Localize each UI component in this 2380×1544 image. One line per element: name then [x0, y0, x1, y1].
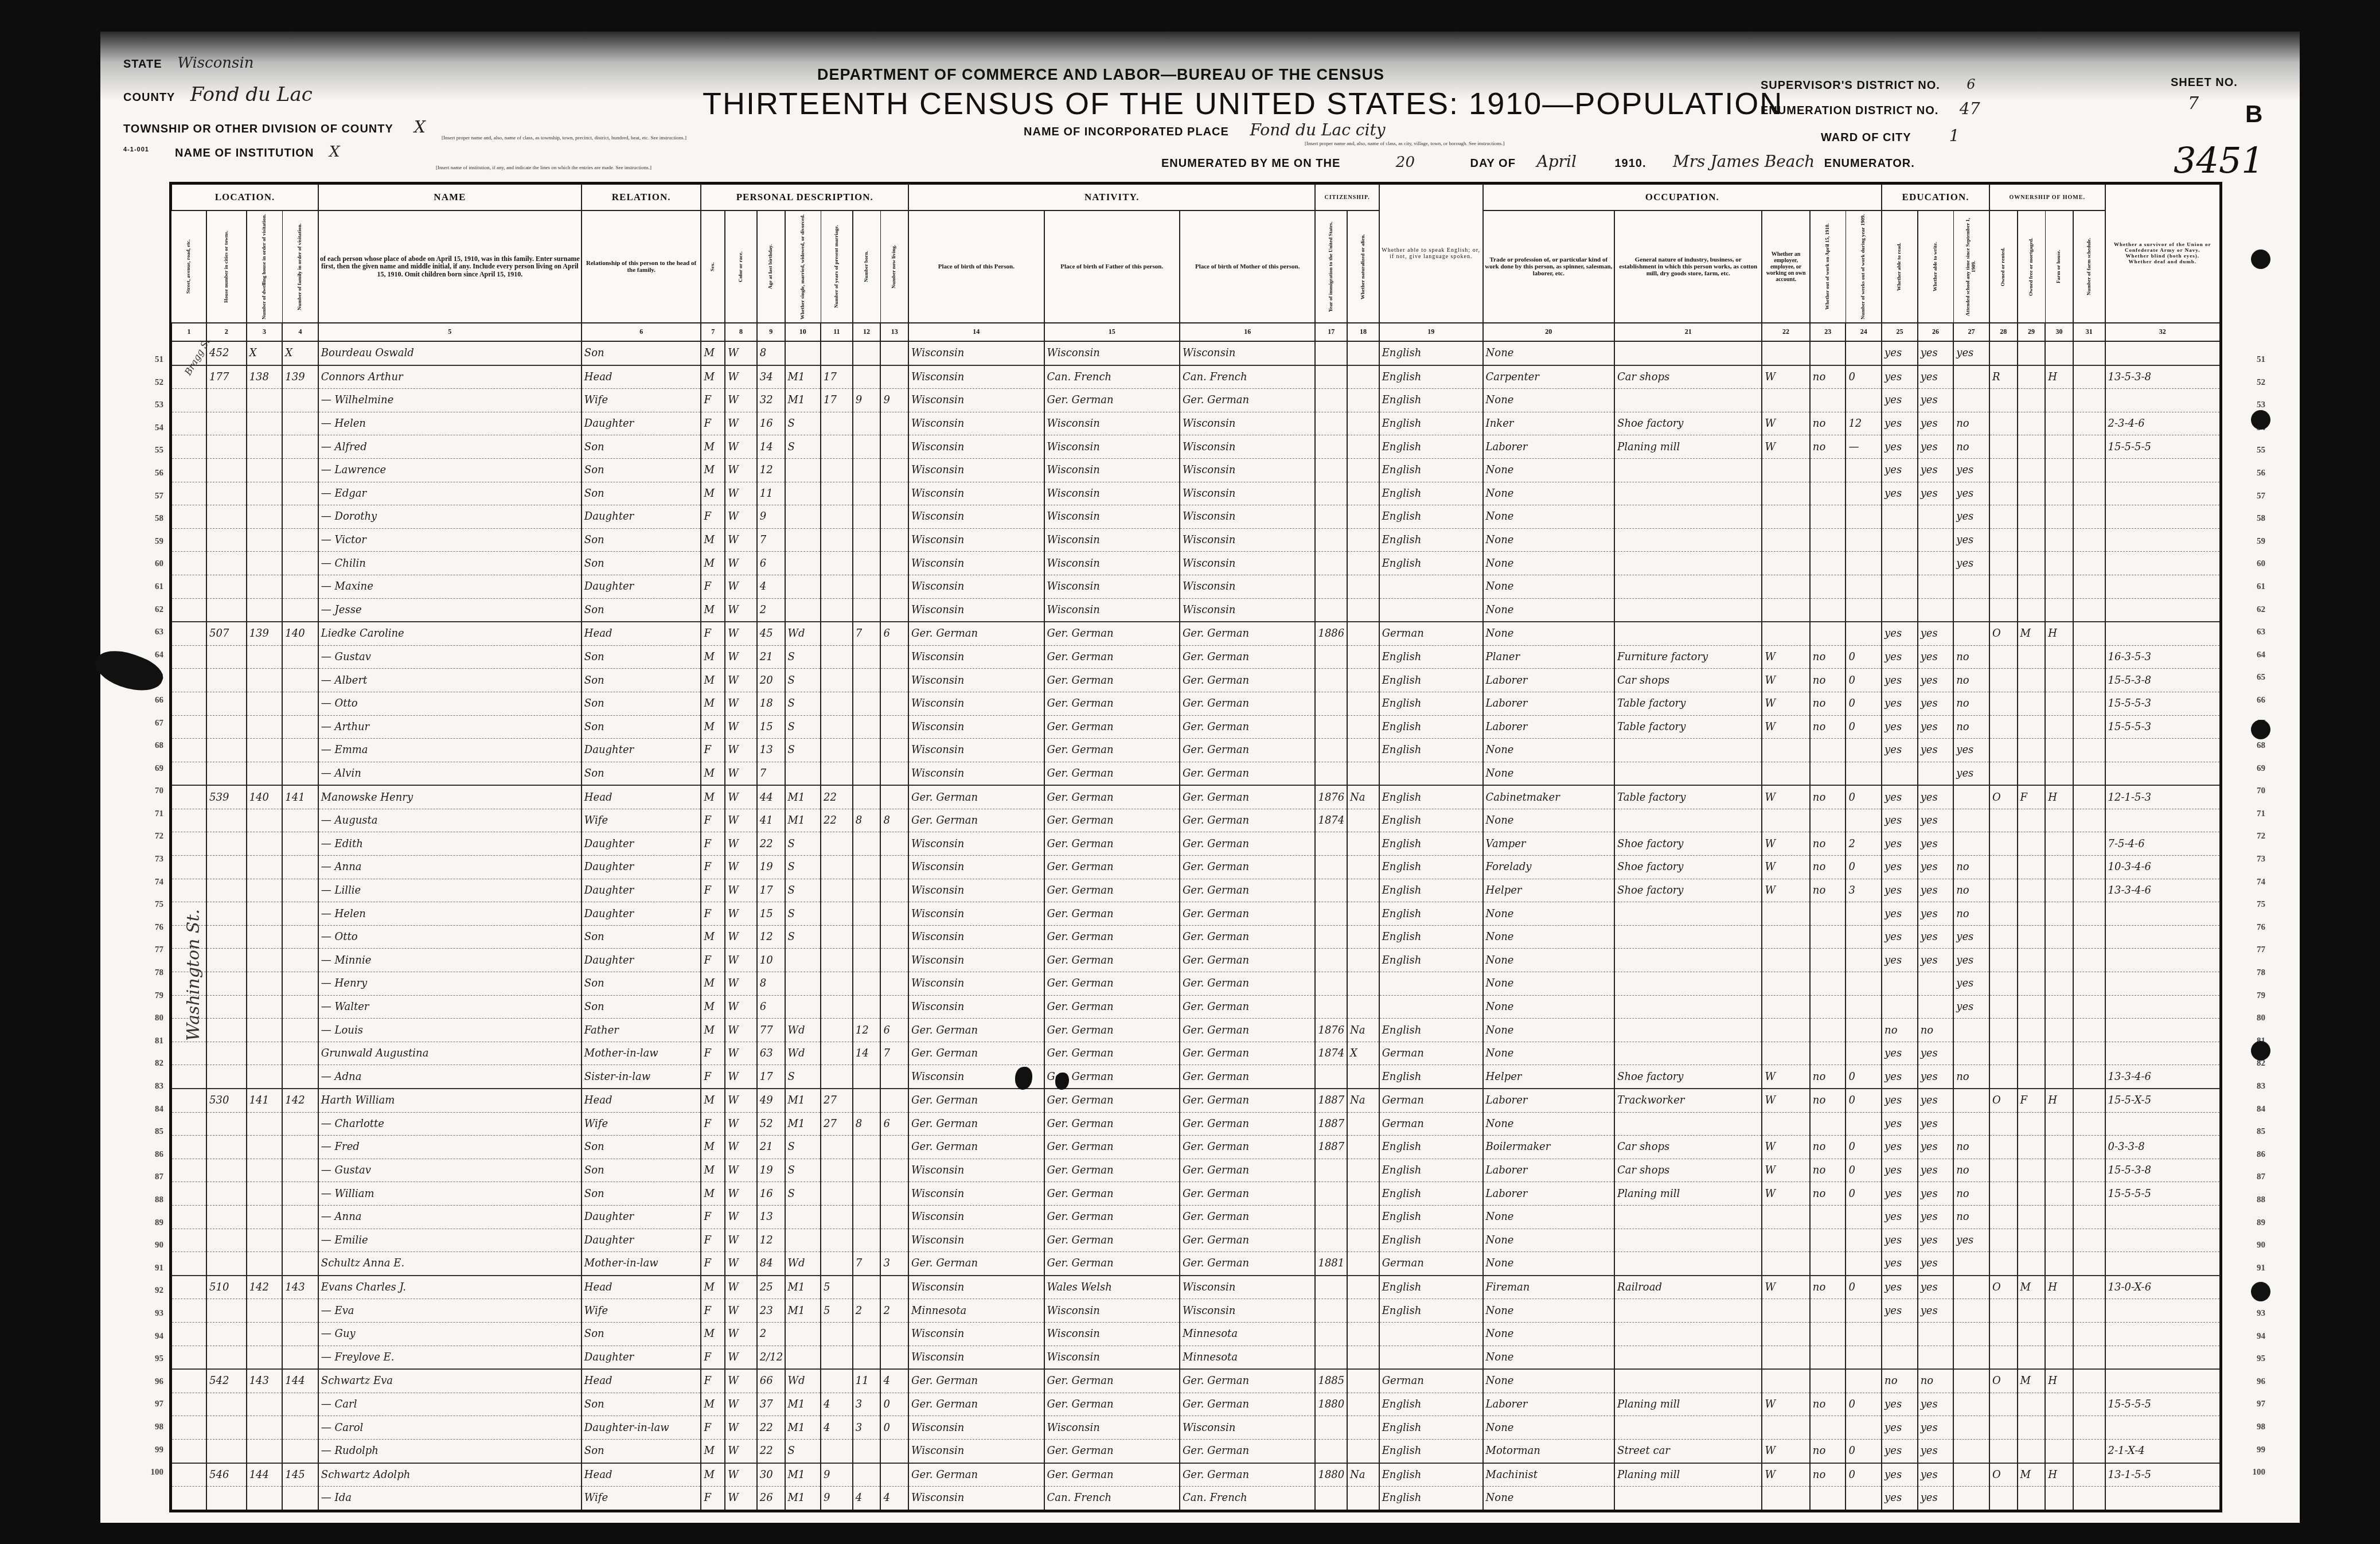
immigration-year-cell: 1887: [1315, 1112, 1347, 1136]
write-cell: yes: [1918, 1463, 1954, 1487]
owned-rented-cell: [1989, 715, 2018, 739]
owned-rented-cell: [1989, 832, 2018, 856]
street-cell: [171, 1416, 207, 1440]
farm-house-cell: [2045, 1346, 2073, 1369]
table-row: — EdgarSonMW11WisconsinWisconsinWisconsi…: [171, 482, 2221, 505]
farm-schedule-cell: [2073, 785, 2105, 809]
age-cell: 17: [757, 1065, 785, 1089]
school-cell: no: [1953, 645, 1989, 669]
immigration-year-cell: 1880: [1315, 1463, 1347, 1487]
relation-cell: Son: [582, 925, 701, 949]
years-married-cell: [821, 1065, 853, 1089]
weeks-out-cell: [1846, 482, 1882, 505]
farm-house-cell: [2045, 598, 2073, 622]
children-living-cell: 9: [880, 389, 908, 412]
relation-cell: Wife: [582, 389, 701, 412]
race-cell: W: [725, 1346, 757, 1369]
naturalized-cell: [1347, 809, 1379, 832]
owned-rented-cell: [1989, 972, 2018, 996]
farm-schedule-cell: [2073, 972, 2105, 996]
name-cell: — Arthur: [318, 715, 582, 739]
farm-schedule-cell: [2073, 1229, 2105, 1252]
children-born-cell: [853, 505, 881, 529]
owned-rented-cell: [1989, 809, 2018, 832]
out-of-work-cell: no: [1810, 365, 1846, 389]
naturalized-cell: [1347, 995, 1379, 1019]
free-mortgaged-cell: [2018, 552, 2046, 575]
codes-cell: 0-3-3-8: [2105, 1136, 2221, 1159]
age-cell: 11: [757, 482, 785, 505]
codes-cell: [2105, 528, 2221, 552]
age-cell: 30: [757, 1463, 785, 1487]
industry-cell: [1614, 1112, 1762, 1136]
immigration-year-cell: [1315, 482, 1347, 505]
age-cell: 21: [757, 1136, 785, 1159]
codes-cell: [2105, 1019, 2221, 1042]
children-living-cell: 4: [880, 1487, 908, 1511]
street-cell: [171, 458, 207, 482]
census-sheet: STATE Wisconsin COUNTY Fond du Lac TOWNS…: [100, 32, 2300, 1523]
family-number-cell: 140: [282, 622, 318, 645]
birthplace-cell: Wisconsin: [908, 925, 1044, 949]
name-cell: — Dorothy: [318, 505, 582, 529]
language-cell: [1379, 972, 1483, 996]
children-born-cell: [853, 1346, 881, 1369]
mother-birthplace-cell: Ger. German: [1180, 832, 1315, 856]
industry-cell: [1614, 739, 1762, 762]
employer-status-cell: [1762, 552, 1809, 575]
trade-cell: None: [1483, 762, 1615, 785]
immigration-year-cell: [1315, 505, 1347, 529]
table-row: — LawrenceSonMW12WisconsinWisconsinWisco…: [171, 458, 2221, 482]
punch-hole-icon: [2251, 249, 2270, 269]
age-cell: 41: [757, 809, 785, 832]
column-number: 17: [1315, 323, 1347, 341]
industry-cell: Planing mill: [1614, 435, 1762, 459]
trade-cell: Vamper: [1483, 832, 1615, 856]
birthplace-cell: Ger. German: [908, 785, 1044, 809]
language-cell: [1379, 1346, 1483, 1369]
line-number-left: 98: [129, 1416, 163, 1439]
codes-cell: 15-5-5-3: [2105, 715, 2221, 739]
read-cell: yes: [1882, 902, 1918, 926]
birthplace-cell: Wisconsin: [908, 645, 1044, 669]
column-number: 16: [1180, 323, 1315, 341]
mother-birthplace-cell: Minnesota: [1180, 1322, 1315, 1346]
industry-cell: [1614, 1019, 1762, 1042]
name-cell: Schultz Anna E.: [318, 1252, 582, 1276]
table-row: — EvaWifeFW23M1522MinnesotaWisconsinWisc…: [171, 1299, 2221, 1323]
read-cell: [1882, 972, 1918, 996]
farm-schedule-cell: [2073, 528, 2105, 552]
out-of-work-cell: no: [1810, 785, 1846, 809]
street-cell: [171, 1299, 207, 1323]
mother-birthplace-cell: Ger. German: [1180, 785, 1315, 809]
farm-house-cell: H: [2045, 622, 2073, 645]
years-married-cell: [821, 1042, 853, 1065]
mother-birthplace-cell: Ger. German: [1180, 856, 1315, 879]
children-born-cell: [853, 1229, 881, 1252]
table-row: — JesseSonMW2WisconsinWisconsinWisconsin…: [171, 598, 2221, 622]
children-born-cell: [853, 482, 881, 505]
read-cell: yes: [1882, 389, 1918, 412]
line-number-left: 60: [129, 553, 163, 576]
father-birthplace-cell: Wisconsin: [1044, 598, 1180, 622]
employer-status-cell: [1762, 1229, 1809, 1252]
birthplace-cell: Wisconsin: [908, 1182, 1044, 1206]
children-living-cell: 0: [880, 1393, 908, 1416]
years-married-cell: [821, 762, 853, 785]
father-birthplace-cell: Ger. German: [1044, 1205, 1180, 1229]
read-cell: yes: [1882, 645, 1918, 669]
race-cell: W: [725, 412, 757, 435]
line-number-left: 99: [129, 1439, 163, 1462]
read-cell: yes: [1882, 1159, 1918, 1182]
header-weeks-out: Number of weeks out of work during year …: [1846, 210, 1882, 323]
employer-status-cell: [1762, 622, 1809, 645]
farm-house-cell: [2045, 1182, 2073, 1206]
table-row: — LillieDaughterFW17SWisconsinGer. Germa…: [171, 879, 2221, 902]
dwelling-number-cell: [247, 482, 283, 505]
codes-cell: [2105, 995, 2221, 1019]
immigration-year-cell: 1874: [1315, 1042, 1347, 1065]
mother-birthplace-cell: Ger. German: [1180, 995, 1315, 1019]
codes-cell: [2105, 1229, 2221, 1252]
children-living-cell: 6: [880, 1112, 908, 1136]
school-cell: [1953, 1019, 1989, 1042]
dwelling-number-cell: [247, 389, 283, 412]
weeks-out-cell: 0: [1846, 1182, 1882, 1206]
marital-status-cell: M1: [785, 389, 821, 412]
birthplace-cell: Minnesota: [908, 1299, 1044, 1323]
farm-house-cell: [2045, 1252, 2073, 1276]
dwelling-number-cell: [247, 1346, 283, 1369]
line-number-left: 53: [129, 394, 163, 417]
naturalized-cell: [1347, 552, 1379, 575]
marital-status-cell: [785, 949, 821, 972]
street-cell: [171, 1019, 207, 1042]
immigration-year-cell: 1885: [1315, 1369, 1347, 1393]
race-cell: W: [725, 1322, 757, 1346]
name-cell: Liedke Caroline: [318, 622, 582, 645]
immigration-year-cell: [1315, 1159, 1347, 1182]
industry-cell: Trackworker: [1614, 1089, 1762, 1112]
farm-schedule-cell: [2073, 412, 2105, 435]
table-row: — ArthurSonMW15SWisconsinGer. GermanGer.…: [171, 715, 2221, 739]
house-number-cell: [206, 598, 247, 622]
farm-house-cell: H: [2045, 785, 2073, 809]
school-cell: yes: [1953, 762, 1989, 785]
dwelling-number-cell: [247, 1487, 283, 1511]
trade-cell: None: [1483, 995, 1615, 1019]
family-number-cell: [282, 1346, 318, 1369]
school-cell: yes: [1953, 528, 1989, 552]
children-born-cell: [853, 879, 881, 902]
codes-cell: 10-3-4-6: [2105, 856, 2221, 879]
trade-cell: Laborer: [1483, 1182, 1615, 1206]
farm-house-cell: [2045, 1322, 2073, 1346]
house-number-cell: [206, 482, 247, 505]
owned-rented-cell: [1989, 1136, 2018, 1159]
sex-cell: M: [701, 762, 725, 785]
free-mortgaged-cell: [2018, 762, 2046, 785]
line-number-right: 51: [2231, 349, 2265, 372]
immigration-year-cell: [1315, 1487, 1347, 1511]
farm-schedule-cell: [2073, 879, 2105, 902]
out-of-work-cell: [1810, 528, 1846, 552]
sex-cell: M: [701, 1276, 725, 1299]
street-cell: [171, 575, 207, 598]
name-cell: — Alfred: [318, 435, 582, 459]
industry-cell: [1614, 1229, 1762, 1252]
name-cell: — Otto: [318, 692, 582, 715]
read-cell: yes: [1882, 458, 1918, 482]
children-living-cell: [880, 1463, 908, 1487]
name-cell: — Jesse: [318, 598, 582, 622]
sex-cell: M: [701, 1463, 725, 1487]
language-cell: English: [1379, 1439, 1483, 1463]
mother-birthplace-cell: Ger. German: [1180, 1369, 1315, 1393]
column-number: 3: [247, 323, 283, 341]
family-number-cell: [282, 1205, 318, 1229]
language-cell: English: [1379, 1299, 1483, 1323]
relation-cell: Daughter: [582, 739, 701, 762]
children-born-cell: 12: [853, 1019, 881, 1042]
table-row: — ChilinSonMW6WisconsinWisconsinWisconsi…: [171, 552, 2221, 575]
race-cell: W: [725, 1463, 757, 1487]
trade-cell: None: [1483, 1416, 1615, 1440]
immigration-year-cell: [1315, 575, 1347, 598]
marital-status-cell: M1: [785, 1276, 821, 1299]
out-of-work-cell: [1810, 1112, 1846, 1136]
children-living-cell: [880, 1346, 908, 1369]
trade-cell: None: [1483, 482, 1615, 505]
employer-status-cell: [1762, 739, 1809, 762]
line-number-right: 65: [2231, 666, 2265, 689]
street-cell: [171, 972, 207, 996]
children-born-cell: [853, 715, 881, 739]
sex-cell: F: [701, 1487, 725, 1511]
name-cell: — Ida: [318, 1487, 582, 1511]
house-number-cell: [206, 832, 247, 856]
employer-status-cell: [1762, 809, 1809, 832]
out-of-work-cell: [1810, 622, 1846, 645]
owned-rented-cell: [1989, 1487, 2018, 1511]
weeks-out-cell: 0: [1846, 1439, 1882, 1463]
sex-cell: F: [701, 412, 725, 435]
years-married-cell: [821, 458, 853, 482]
naturalized-cell: [1347, 1229, 1379, 1252]
weeks-out-cell: 0: [1846, 785, 1882, 809]
immigration-year-cell: [1315, 552, 1347, 575]
header-survivor: Whether a survivor of the Union or Confe…: [2114, 241, 2211, 253]
write-cell: [1918, 1346, 1954, 1369]
language-cell: German: [1379, 1369, 1483, 1393]
race-cell: W: [725, 1439, 757, 1463]
line-number-left: 85: [129, 1121, 163, 1144]
industry-cell: [1614, 598, 1762, 622]
header-immigration-year: Year of immigration to the United States…: [1315, 210, 1347, 323]
school-cell: [1953, 389, 1989, 412]
out-of-work-cell: [1810, 1369, 1846, 1393]
trade-cell: Inker: [1483, 412, 1615, 435]
weeks-out-cell: [1846, 1487, 1882, 1511]
age-cell: 22: [757, 1416, 785, 1440]
father-birthplace-cell: Ger. German: [1044, 879, 1180, 902]
table-row: 177138139Connors ArthurHeadMW34M117Wisco…: [171, 365, 2221, 389]
age-cell: 2: [757, 598, 785, 622]
sex-cell: F: [701, 389, 725, 412]
dwelling-number-cell: [247, 412, 283, 435]
school-cell: no: [1953, 856, 1989, 879]
sex-cell: M: [701, 552, 725, 575]
trade-cell: None: [1483, 1322, 1615, 1346]
relation-cell: Daughter: [582, 879, 701, 902]
mother-birthplace-cell: Ger. German: [1180, 1065, 1315, 1089]
codes-cell: [2105, 1112, 2221, 1136]
header-industry: General nature of industry, business, or…: [1614, 210, 1762, 323]
race-cell: W: [725, 365, 757, 389]
language-cell: English: [1379, 645, 1483, 669]
years-married-cell: [821, 482, 853, 505]
line-number-left: 58: [129, 508, 163, 531]
employer-status-cell: [1762, 1205, 1809, 1229]
column-number-row: 1234567891011121314151617181920212223242…: [171, 323, 2221, 341]
weeks-out-cell: 0: [1846, 1136, 1882, 1159]
language-cell: [1379, 762, 1483, 785]
weeks-out-cell: 0: [1846, 692, 1882, 715]
children-born-cell: [853, 1463, 881, 1487]
immigration-year-cell: [1315, 1276, 1347, 1299]
children-living-cell: [880, 341, 908, 365]
line-number-right: 72: [2231, 825, 2265, 848]
relation-cell: Head: [582, 1463, 701, 1487]
write-cell: [1918, 528, 1954, 552]
incorporated-place-label: NAME OF INCORPORATED PLACE: [1024, 126, 1229, 138]
children-born-cell: [853, 1439, 881, 1463]
line-number-right: 95: [2231, 1348, 2265, 1371]
family-number-cell: 143: [282, 1276, 318, 1299]
out-of-work-cell: [1810, 1229, 1846, 1252]
naturalized-cell: [1347, 598, 1379, 622]
free-mortgaged-cell: [2018, 598, 2046, 622]
owned-rented-cell: [1989, 575, 2018, 598]
write-cell: yes: [1918, 879, 1954, 902]
weeks-out-cell: [1846, 528, 1882, 552]
years-married-cell: 27: [821, 1112, 853, 1136]
table-row: 542143144Schwartz EvaHeadFW66Wd114Ger. G…: [171, 1369, 2221, 1393]
free-mortgaged-cell: [2018, 1487, 2046, 1511]
family-number-cell: 145: [282, 1463, 318, 1487]
line-number-left: 91: [129, 1257, 163, 1280]
table-row: — AlvinSonMW7WisconsinGer. GermanGer. Ge…: [171, 762, 2221, 785]
farm-schedule-cell: [2073, 715, 2105, 739]
children-born-cell: [853, 832, 881, 856]
column-number: 6: [582, 323, 701, 341]
school-cell: yes: [1953, 482, 1989, 505]
birthplace-cell: Ger. German: [908, 809, 1044, 832]
township-value: X: [414, 118, 426, 137]
race-cell: W: [725, 1252, 757, 1276]
group-personal: PERSONAL DESCRIPTION.: [701, 184, 908, 211]
relation-cell: Son: [582, 1322, 701, 1346]
family-number-cell: [282, 902, 318, 926]
dwelling-number-cell: [247, 1299, 283, 1323]
name-cell: — Augusta: [318, 809, 582, 832]
street-cell: [171, 365, 207, 389]
codes-cell: [2105, 575, 2221, 598]
years-married-cell: [821, 925, 853, 949]
table-row: 539140141Manowske HenryHeadMW44M122Ger. …: [171, 785, 2221, 809]
table-row: — AdnaSister-in-lawFW17SWisconsinGer. Ge…: [171, 1065, 2221, 1089]
table-row: — HelenDaughterFW16SWisconsinWisconsinWi…: [171, 412, 2221, 435]
age-cell: 19: [757, 856, 785, 879]
years-married-cell: [821, 552, 853, 575]
father-birthplace-cell: Ger. German: [1044, 1393, 1180, 1416]
children-born-cell: [853, 1065, 881, 1089]
house-number-cell: [206, 692, 247, 715]
industry-cell: [1614, 622, 1762, 645]
group-location: LOCATION.: [171, 184, 318, 211]
farm-schedule-cell: [2073, 1252, 2105, 1276]
table-row: 530141142Harth WilliamHeadMW49M127Ger. G…: [171, 1089, 2221, 1112]
race-cell: W: [725, 1182, 757, 1206]
out-of-work-cell: [1810, 1252, 1846, 1276]
sex-cell: M: [701, 645, 725, 669]
naturalized-cell: [1347, 1136, 1379, 1159]
house-number-cell: [206, 1019, 247, 1042]
line-number-right: 73: [2231, 848, 2265, 871]
father-birthplace-cell: Ger. German: [1044, 1136, 1180, 1159]
marital-status-cell: S: [785, 715, 821, 739]
children-born-cell: 9: [853, 389, 881, 412]
family-number-cell: [282, 1065, 318, 1089]
relation-cell: Son: [582, 1182, 701, 1206]
father-birthplace-cell: Wisconsin: [1044, 1299, 1180, 1323]
naturalized-cell: [1347, 949, 1379, 972]
dwelling-number-cell: [247, 669, 283, 692]
mother-birthplace-cell: Ger. German: [1180, 389, 1315, 412]
race-cell: W: [725, 1019, 757, 1042]
trade-cell: None: [1483, 389, 1615, 412]
father-birthplace-cell: Can. French: [1044, 1487, 1180, 1511]
marital-status-cell: [785, 528, 821, 552]
read-cell: yes: [1882, 785, 1918, 809]
relation-cell: Mother-in-law: [582, 1042, 701, 1065]
column-number: 26: [1918, 323, 1954, 341]
school-cell: yes: [1953, 552, 1989, 575]
children-born-cell: [853, 972, 881, 996]
relation-cell: Father: [582, 1019, 701, 1042]
weeks-out-cell: 0: [1846, 1159, 1882, 1182]
naturalized-cell: Na: [1347, 1463, 1379, 1487]
dwelling-number-cell: 138: [247, 365, 283, 389]
codes-cell: 15-5-X-5: [2105, 1089, 2221, 1112]
race-cell: W: [725, 1089, 757, 1112]
children-born-cell: [853, 1276, 881, 1299]
immigration-year-cell: [1315, 715, 1347, 739]
write-cell: yes: [1918, 832, 1954, 856]
language-cell: English: [1379, 1205, 1483, 1229]
farm-schedule-cell: [2073, 552, 2105, 575]
free-mortgaged-cell: [2018, 1205, 2046, 1229]
mother-birthplace-cell: Wisconsin: [1180, 435, 1315, 459]
school-cell: no: [1953, 669, 1989, 692]
naturalized-cell: [1347, 925, 1379, 949]
sheet-number: 7: [2188, 93, 2199, 114]
codes-cell: [2105, 482, 2221, 505]
immigration-year-cell: [1315, 1182, 1347, 1206]
